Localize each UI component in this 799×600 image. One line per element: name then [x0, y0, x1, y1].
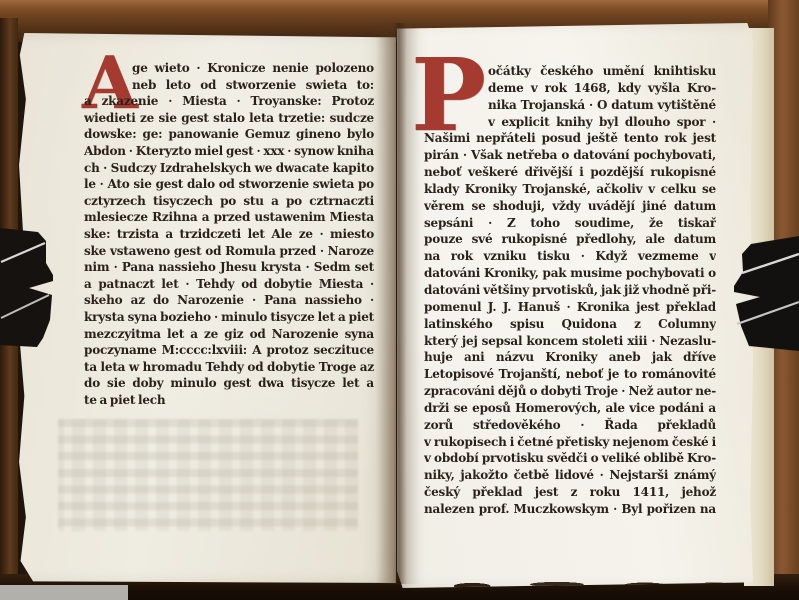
text-line: očátky českého umění knihtisku kla-	[488, 63, 716, 80]
text-line: drži se eposů Homerových, ale vice podán…	[424, 400, 716, 417]
text-line: neboť veškeré dřivější i pozdější rukopi…	[424, 164, 716, 181]
right-page-text: očátky českého umění knihtisku kla-deme …	[424, 63, 716, 518]
text-line: zorů středověkého · Řada překladů zachov…	[424, 417, 716, 434]
text-line: v rukopisech i četné přetisky nejenom če…	[424, 434, 716, 451]
table-surface	[0, 585, 128, 600]
text-line: ske vstaweno gest od Romula przed · Naro…	[84, 243, 374, 260]
text-line: latinského spisu Quidona z Columny Messa…	[424, 316, 716, 333]
text-line: le · Ato sie gest dalo od stworzenie swi…	[84, 176, 374, 193]
text-line: ta leta w hromadu Tehdy od dobytie Troge…	[84, 359, 374, 376]
binder-clip-right	[729, 236, 799, 356]
show-through-text	[58, 419, 358, 531]
text-line: český překlad jest z roku 1411, jehož fr…	[424, 484, 716, 501]
text-line: ge wieto · Kronicze nenie polozeno czas	[132, 60, 374, 77]
binder-clip-left	[0, 226, 58, 352]
text-line: pomenul J. J. Hanuš · Kronika jest překl…	[424, 299, 716, 316]
text-line: nalezen prof. Muczkowskym · Byl pořizen …	[424, 501, 716, 518]
text-line: klady Kroniky Trojanské, ačkoliv v celku…	[424, 181, 716, 198]
text-line: deme v rok 1468, kdy vyšla Kro-	[488, 80, 716, 97]
text-line: te a piet lech	[84, 392, 374, 409]
text-line: mlesiecze Rzihna a przed ustawenim Miest…	[84, 209, 374, 226]
text-line: Našimi nepřáteli posud ještě tento rok j…	[424, 130, 716, 147]
text-line: v explicit knihy byl dlouho spor ·	[488, 114, 716, 131]
text-line: huje ani názvu Kroniky aneb jak dříve už…	[424, 349, 716, 366]
text-line: a patnaczt let · Tehdy od dobytie Miesta…	[84, 276, 374, 293]
text-line: který jej sepsal koncem stoleti xiii · N…	[424, 333, 716, 350]
text-line: mezczyitma let a ze giz od Narozenie syn…	[84, 326, 374, 343]
clip-body	[0, 228, 53, 347]
left-page-text: ge wieto · Kronicze nenie polozeno czasn…	[84, 60, 374, 408]
text-line: poczyname M:cccc:lxviii: A protoz seczit…	[84, 342, 374, 359]
text-line: ske: trzista a trzidczeti let Ale ze · m…	[84, 226, 374, 243]
text-line: dowske: ge: panowanie Gemuz gineno bylo	[84, 126, 374, 143]
text-line: Letopisové Trojanští, neboť je to románo…	[424, 366, 716, 383]
text-line: zpracováni dějů o dobyti Troje · Než aut…	[424, 383, 716, 400]
text-line: pirán · Však netřeba o datování pochybov…	[424, 147, 716, 164]
text-line: cztyrzech tisyczech po stu a po cztrnacz…	[84, 193, 374, 210]
text-line: věrem se shoduji, vždy uvádějí jiné datu…	[424, 198, 716, 215]
left-page: A ge wieto · Kronicze nenie polozeno cza…	[16, 33, 396, 583]
right-page: P očátky českého umění knihtisku kla-dem…	[397, 23, 753, 588]
open-book-photo: A ge wieto · Kronicze nenie polozeno cza…	[0, 0, 799, 600]
text-line: pouze své rukopisné předlohy, ale datum …	[424, 231, 716, 248]
text-line: ch · Sudczy Izdrahelskych we dwacate kap…	[84, 160, 374, 177]
text-line: Abdon · Kteryzto miel gest · xxx · synow…	[84, 143, 374, 160]
text-line: na rok vzniku tisku · Když vezmeme v poc…	[424, 248, 716, 265]
text-line: wiedieti ze sie gest stalo leta trzetie:…	[84, 110, 374, 127]
text-line: sepsáni · Z toho soudime, že tiskař nená…	[424, 215, 716, 232]
text-line: datováni většiny prvotisků, jak již vhod…	[424, 282, 716, 299]
text-line: v období prvotisku svědči o veliké oblib…	[424, 450, 716, 467]
text-line: do sie doby minulo gest dwa tisycze let …	[84, 375, 374, 392]
text-line: nim · Pana nassieho Jhesu krysta · Sedm …	[84, 259, 374, 276]
text-line: krysta syna bozieho · minulo tisycze let…	[84, 309, 374, 326]
text-line: datováni Kroniky, pak musime pochybovati…	[424, 265, 716, 282]
text-line: niky, jakožto četbě lidové · Nejstarši z…	[424, 467, 716, 484]
text-line: a zkazenie · Miesta · Troyanske: Protoz …	[84, 93, 374, 110]
text-line: neb leto od stworzenie swieta to: dobyti…	[132, 77, 374, 94]
text-line: skeho az do Narozenie · Pana nassieho · …	[84, 292, 374, 309]
clip-body	[734, 236, 799, 351]
text-line: nika Trojanská · O datum vytištěné	[488, 97, 716, 114]
